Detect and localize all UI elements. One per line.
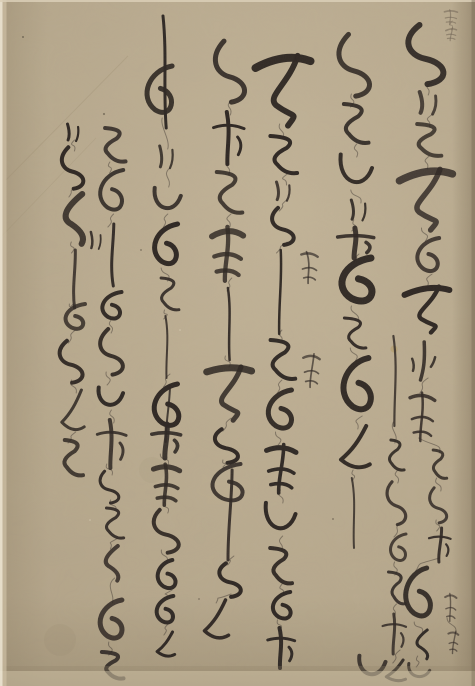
manuscript-page: Poem by Ono no Komachi 小野こまちか歌: [0, 0, 475, 686]
edge-top-light: [0, 0, 475, 2]
calligraphy-artwork: [0, 0, 475, 686]
edge-left-inner: [3, 0, 7, 686]
edge-left-light: [0, 0, 3, 686]
edge-right-dark: [472, 0, 475, 686]
edge-bottom-strip: [0, 671, 475, 686]
edge-bottom-seam: [0, 666, 475, 671]
paper-grain-texture: [0, 0, 475, 686]
